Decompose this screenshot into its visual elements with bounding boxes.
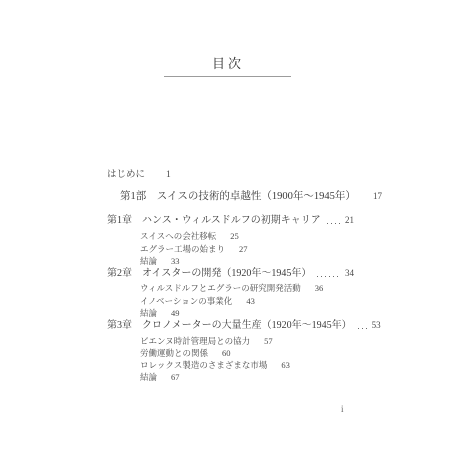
- toc-page-number: 53: [372, 319, 381, 332]
- toc-entry-label: ビエンヌ時計管理局との協力: [140, 336, 250, 346]
- toc-page-number: 57: [264, 336, 273, 346]
- toc-entry-label: スイスへの会社移転: [140, 231, 216, 241]
- toc-page-number: 60: [222, 348, 231, 358]
- toc-entry-label: 第1章 ハンス・ウィルスドルフの初期キャリア: [107, 214, 321, 227]
- footer-page-number: i: [341, 404, 344, 414]
- toc-entry-label: 結論: [140, 256, 157, 266]
- toc-entry-label: 結論: [140, 308, 157, 318]
- toc-entry-label: 第3章 クロノメーターの大量生産（1920年～1945年）: [107, 319, 352, 332]
- toc-entry-label: はじめに: [107, 170, 145, 180]
- toc-entry-label: 第2章 オイスターの開発（1920年～1945年）: [107, 267, 311, 280]
- toc-entry-chapter-1: 第1章 ハンス・ウィルスドルフの初期キャリア 21: [107, 214, 354, 227]
- toc-page-number: 63: [281, 360, 290, 370]
- leader-dots: [317, 276, 341, 277]
- toc-entry-chapter-2: 第2章 オイスターの開発（1920年～1945年） 34: [107, 267, 354, 280]
- toc-entry-section: ウィルスドルフとエグラーの研究開発活動36: [140, 282, 323, 295]
- leader-dots: [358, 328, 368, 329]
- toc-page-number: 49: [171, 308, 180, 318]
- toc-page-number: 43: [246, 296, 255, 306]
- toc-entry-label: 労働運動との関係: [140, 348, 208, 358]
- toc-entry-label: イノベーションの事業化: [140, 296, 232, 306]
- page-title: 目次: [0, 53, 456, 72]
- toc-page-number: 36: [315, 283, 324, 293]
- toc-entry-section: 結論67: [140, 371, 180, 384]
- toc-entry-part: 第1部 スイスの技術的卓越性（1900年～1945年）17: [120, 190, 382, 203]
- toc-page-number: 25: [230, 231, 239, 241]
- toc-page-number: 27: [239, 244, 248, 254]
- toc-entry-label: ウィルスドルフとエグラーの研究開発活動: [140, 283, 301, 293]
- toc-entry-label: エグラー工場の始まり: [140, 244, 225, 254]
- toc-page-number: 33: [171, 256, 180, 266]
- leader-dots: [327, 223, 341, 224]
- toc-page-number: 67: [171, 372, 180, 382]
- toc-entry-label: ロレックス製造のさまざまな市場: [140, 360, 267, 370]
- toc-entry-label: 結論: [140, 372, 157, 382]
- toc-entry-section: スイスへの会社移転25: [140, 230, 239, 243]
- toc-entry-chapter-3: 第3章 クロノメーターの大量生産（1920年～1945年） 53: [107, 319, 354, 332]
- toc-page-number: 17: [373, 191, 382, 201]
- toc-page-number: 21: [345, 214, 354, 227]
- toc-page-number: 34: [345, 267, 354, 280]
- toc-page-number: 1: [166, 170, 171, 180]
- toc-page: 目次 はじめに1 第1部 スイスの技術的卓越性（1900年～1945年）17 第…: [0, 0, 456, 456]
- title-underline: [164, 76, 291, 77]
- toc-entry-front-matter: はじめに1: [107, 169, 171, 182]
- toc-entry-label: 第1部 スイスの技術的卓越性（1900年～1945年）: [120, 191, 356, 202]
